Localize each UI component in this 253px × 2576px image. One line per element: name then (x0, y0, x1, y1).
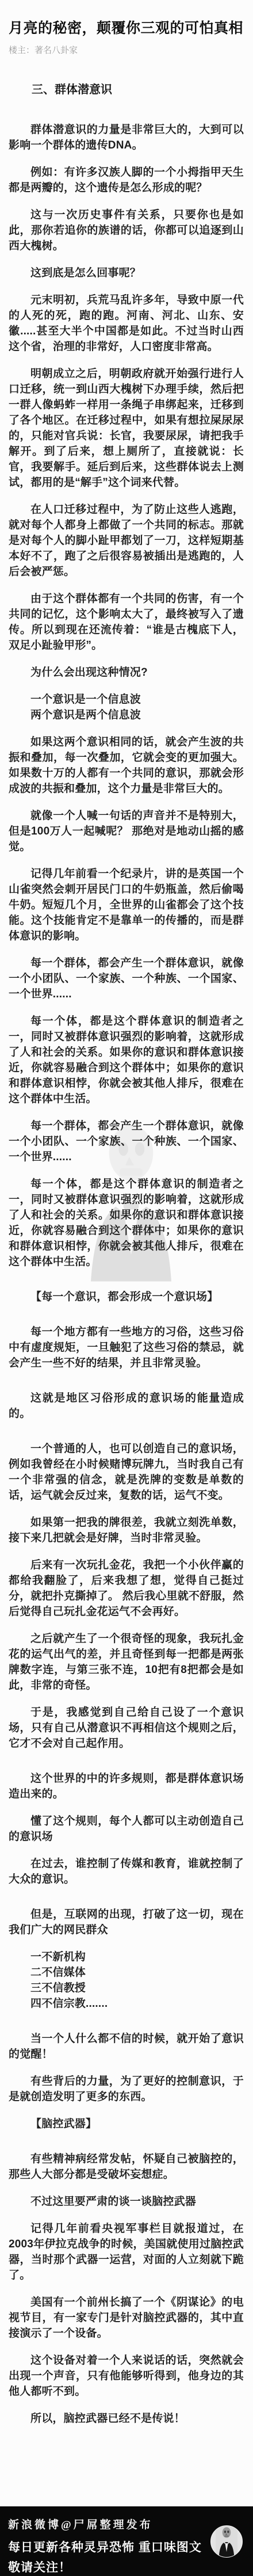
paragraph: 后来有一次玩扎金花，我把一个小伙伴赢的都给我翻脸了，后来我想了想，觉得自己挺过分… (9, 1557, 244, 1619)
stanza-line: 二不信媒体 (9, 1965, 244, 1980)
paragraph: 美国有一个前州长搞了一个《阴谋论》的电视节目，有一家专门是针对脑控武器的，其中直… (9, 2295, 244, 2341)
section-heading: 三、群体潜意识 (9, 80, 244, 97)
stanza-line: 一不新机构 (9, 1949, 244, 1965)
paragraph: 有些精神病经常发帖，怀疑自己被脑控的，那些人大部分都是受破坏妄想症。 (9, 2151, 244, 2182)
byline: 楼主：著名八卦家 (9, 44, 244, 56)
paragraph: 元末明初，兵荒马乱许多年，导致中原一代的人死的死，跑的跑。河南、河北、山东、安徽… (9, 292, 244, 355)
paragraph: 每一个群体，都会产生一个群体意识，就像一个小团队、一个家族、一个种族、一个国家、… (9, 1118, 244, 1165)
paragraph: 在人口迁移过程中，为了防止这些人逃跑，就对每个人都身上都做了一个共同的标志。那就… (9, 502, 244, 580)
follow-cta: 敬请关注！ (8, 2558, 253, 2575)
paragraph: 不过这里要严肃的谈一谈脑控武器 (9, 2194, 244, 2209)
paragraph: 每一个群体，都会产生一个群体意识，就像一个小团队、一个家族、一个种族、一个国家、… (9, 955, 244, 1002)
paragraph: 这个设备对着一个人来说话的话，突然就会出现一个声音，只有他能够听得到，他身边的其… (9, 2353, 244, 2399)
paragraph: 明朝成立之后，明朝政府就开始强行进行人口迁移，统一到山西大槐树下办理手续，然后把… (9, 366, 244, 490)
paragraph: 为什么会出现这种情况? (9, 665, 244, 680)
bracket-heading: 【脑控武器】 (9, 2116, 244, 2132)
paragraph: 一个普通的人，也可以创造自己的意识场，例如我曾经在小时候赌博玩牌九，当时我自己有… (9, 1441, 244, 1503)
paragraph: 有些背后的力量，为了更好的控制意识，于是就创造发明了更多的东西。 (9, 2074, 244, 2105)
paragraph: 记得几年前看一个纪录片，讲的是英国一个山雀突然会刺开居民门口的牛奶瓶盖，然后偷喝… (9, 866, 244, 944)
paragraph: 每一个体，都是这个群体意识的制造者之一，同时又被群体意识强烈的影响着，这就形成了… (9, 1013, 244, 1107)
stanza-line: 两个意识是两个信息波 (9, 707, 244, 723)
stanza: 一个意识是一个信息波两个意识是两个信息波 (9, 692, 244, 723)
paragraph: 之后就产生了一个很奇怪的现象，我玩扎金花的运气出气的差，并且奇怪到每一把都是两张… (9, 1631, 244, 1693)
page-title: 月亮的秘密，颠覆你三观的可怕真相 (9, 20, 244, 37)
paragraph: 但是，互联网的出现，打破了这一切，现在我们广大的网民群众 (9, 1907, 244, 1938)
article-body: 三、群体潜意识群体潜意识的力量是非常巨大的，大到可以影响一个群体的遗传DNA。例… (9, 80, 244, 2426)
paragraph: 就像一个人喊一句话的声音并不是特别大，但是100万人一起喊呢？ 那绝对是地动山摇… (9, 808, 244, 855)
paragraph: 当一个人什么都不信的时候，就开始了意识的觉醒！ (9, 2031, 244, 2062)
paragraph: 这个世界的中的许多规则，都是群体意识场造出来的。 (9, 1771, 244, 1802)
paragraph: 记得几年前看央视军事栏目就报道过，在2003年伊拉克战争的时候，美国就使用过脑控… (9, 2221, 244, 2283)
footer-banner: 新浪微博@尸屌整理发布 每日更新各种灵异恐怖 重口味图文 敬请关注！ (0, 2506, 253, 2576)
stanza: 一不新机构二不信媒体三不信教授四不信宗教....... (9, 1949, 244, 2011)
page-root: 月亮的秘密，颠覆你三观的可怕真相 楼主：著名八卦家 三、群体潜意识群体潜意识的力… (0, 0, 253, 2576)
stanza-line: 一个意识是一个信息波 (9, 692, 244, 707)
paragraph: 这就是地区习俗形成的意识场的能量造成的。 (9, 1390, 244, 1422)
paragraph: 懂了这个规则，每个人都可以主动创造自己的意识场 (9, 1813, 244, 1845)
paragraph: 如果第一把我的牌很差，我就立刻洗单数，接下来几把就会是好牌，当时非常灵验。 (9, 1515, 244, 1546)
stanza-line: 三不信教授 (9, 1980, 244, 1996)
paragraph: 在过去，谁控制了传媒和教育，谁就控制了大众的意识。 (9, 1856, 244, 1887)
avatar (210, 2525, 243, 2558)
paragraph: 所以，脑控武器已经不是传说！ (9, 2411, 244, 2426)
avatar-figure-icon (211, 2526, 242, 2557)
paragraph: 由于这个群体都有一个共同的伤害，有一个共同的记忆，这个影响太大了，最终被写入了遗… (9, 591, 244, 653)
paragraph: 这与一次历史事件有关系，只要你也是如此，那你若追你的族谱的话，你都可以追逐到山西… (9, 207, 244, 254)
paragraph: 如果这两个意识相同的话，就会产生波的共振和叠加，每一次叠加，它就会变的更加强大。… (9, 734, 244, 797)
paragraph: 这到底是怎么回事呢？ (9, 265, 244, 281)
stanza-line: 四不信宗教....... (9, 1996, 244, 2011)
paragraph: 群体潜意识的力量是非常巨大的，大到可以影响一个群体的遗传DNA。 (9, 122, 244, 153)
paragraph: 每一个地方都有一些地方的习俗，这些习俗中有虚度规矩，一旦触犯了这些习俗的禁忌，就… (9, 1324, 244, 1371)
paragraph: 于是，我感觉到自己给自己设了一个意识场，只有自己从潜意识不再相信这个规则之后，它… (9, 1705, 244, 1751)
article: 月亮的秘密，颠覆你三观的可怕真相 楼主：著名八卦家 三、群体潜意识群体潜意识的力… (0, 0, 253, 2426)
paragraph: 例如：有许多汉族人脚的一个小拇指甲天生都是两瓣的，这个遗传是怎么形成的呢？ (9, 165, 244, 196)
paragraph: 每一个体，都是这个群体意识的制造者之一，同时又被群体意识强烈的影响着，这就形成了… (9, 1176, 244, 1270)
bracket-heading: 【每一个意识，都会形成一个意识场】 (9, 1289, 244, 1305)
